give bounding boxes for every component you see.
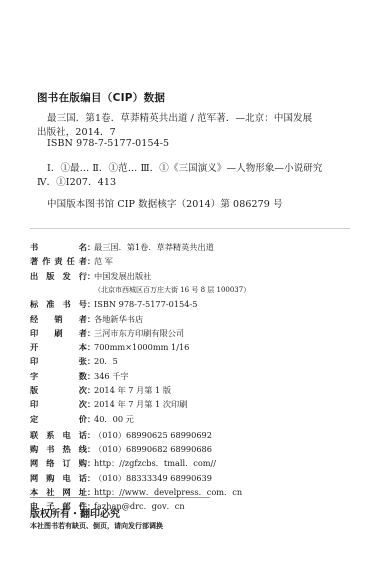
field-value: 20．5 xyxy=(94,355,118,367)
field-value: 2014 年 7 月第 1 次印刷 xyxy=(94,398,187,410)
label-char: 出 xyxy=(30,270,38,282)
field-value: 最三国．第1卷．草莽精英共出道 xyxy=(94,241,214,253)
field-label: 联系电话 xyxy=(30,429,87,441)
label-char: 系 xyxy=(46,429,54,441)
cip-publisher-line: 出版社，2014．7 xyxy=(37,124,116,138)
label-char: 作 xyxy=(42,255,50,267)
field-value: 三河市东方印刷有限公司 xyxy=(94,327,184,339)
label-char: 次 xyxy=(79,384,87,396)
field-value: 40．00 元 xyxy=(94,413,134,425)
label-char: 定 xyxy=(30,413,38,425)
label-char: 社 xyxy=(46,486,54,498)
label-colon: ： xyxy=(87,241,94,253)
field-label: 网络订购 xyxy=(30,457,87,469)
field-label: 字数 xyxy=(30,370,87,382)
label-colon: ： xyxy=(87,313,94,325)
label-char: 著 xyxy=(30,255,38,267)
label-char: 书 xyxy=(46,443,54,455)
field-value: （010）68990682 68990686 xyxy=(94,443,212,455)
label-char: 话 xyxy=(79,472,87,484)
cip-classification-2: Ⅳ．①I207．413 xyxy=(37,174,116,188)
field-label: 著作责任者 xyxy=(30,255,87,267)
label-char: 行 xyxy=(79,270,87,282)
label-colon: ： xyxy=(87,486,94,498)
cip-heading: 图书在版编目（CIP）数据 xyxy=(37,90,165,105)
info-row: 开本：700mm×1000mm 1/16 xyxy=(30,341,189,353)
label-char: 标 xyxy=(30,298,38,310)
contact-row: 联系电话：（010）68990625 68990692 xyxy=(30,429,212,441)
info-row: 定价：40．00 元 xyxy=(30,413,134,425)
cip-isbn: ISBN 978-7-5177-0154-5 xyxy=(47,138,169,149)
label-colon: ： xyxy=(87,472,94,484)
field-value: http：//www．develpress．com．cn xyxy=(94,486,242,498)
field-label: 书名 xyxy=(30,241,87,253)
label-char: 购 xyxy=(46,472,54,484)
contact-row: 购书热线：（010）68990682 68990686 xyxy=(30,443,212,455)
label-char: 书 xyxy=(30,241,38,253)
copyright-notice: 版权所有・翻印必究 xyxy=(30,505,120,520)
label-colon: ： xyxy=(87,327,94,339)
label-char: 联 xyxy=(30,429,38,441)
label-colon: ： xyxy=(87,298,94,310)
info-row: 标准书号：ISBN 978-7-5177-0154-5 xyxy=(30,298,197,310)
label-char: 书 xyxy=(63,298,71,310)
label-char: 任 xyxy=(67,255,75,267)
field-label: 印次 xyxy=(30,398,87,410)
label-char: 电 xyxy=(63,429,71,441)
cip-classification-1: Ⅰ．①最… Ⅱ．①范… Ⅲ．①《三国演义》—人物形象—小说研究 xyxy=(47,160,323,174)
field-label: 开本 xyxy=(30,341,87,353)
label-char: 网 xyxy=(30,472,38,484)
label-colon: ： xyxy=(87,341,94,353)
label-char: 订 xyxy=(63,457,71,469)
label-char: 责 xyxy=(54,255,62,267)
label-char: 价 xyxy=(79,413,87,425)
label-char: 号 xyxy=(79,298,87,310)
field-label: 版次 xyxy=(30,384,87,396)
info-row: 印刷者：三河市东方印刷有限公司 xyxy=(30,327,184,339)
field-value: 范 军 xyxy=(94,255,113,267)
label-colon: ： xyxy=(87,429,94,441)
field-value: ISBN 978-7-5177-0154-5 xyxy=(94,298,197,310)
contact-row: 网络订购：http：//zgfzcbs．tmall．com// xyxy=(30,457,216,469)
label-char: 网 xyxy=(30,457,38,469)
cip-number: 中国版本图书馆 CIP 数据核字（2014）第 086279 号 xyxy=(47,196,283,210)
field-value: 中国发展出版社 xyxy=(94,270,151,282)
field-label: 本社网址 xyxy=(30,486,87,498)
label-char: 名 xyxy=(79,241,87,253)
field-label: 出版发行 xyxy=(30,270,87,282)
label-colon: ： xyxy=(87,255,94,267)
field-value: 各地新华书店 xyxy=(94,313,143,325)
top-divider xyxy=(30,228,350,229)
bottom-divider xyxy=(30,497,210,498)
label-char: 者 xyxy=(79,327,87,339)
replacement-note: 本社图书若有缺页、倒页，请向发行部调换 xyxy=(30,521,163,531)
label-char: 热 xyxy=(63,443,71,455)
label-char: 购 xyxy=(30,443,38,455)
label-char: 销 xyxy=(54,313,62,325)
info-row: 出版发行：中国发展出版社 xyxy=(30,270,151,282)
label-char: 印 xyxy=(30,327,38,339)
label-char: 张 xyxy=(79,355,87,367)
field-value: （010）88333349 68990639 xyxy=(94,472,212,484)
field-label: 定价 xyxy=(30,413,87,425)
cip-title-line: 最三国．第1卷．草莽精英共出道 / 范军著．—北京：中国发展 xyxy=(47,110,312,124)
info-row: 印张：20．5 xyxy=(30,355,118,367)
label-char: 发 xyxy=(63,270,71,282)
label-char: 开 xyxy=(30,341,38,353)
label-colon: ： xyxy=(87,270,94,282)
label-char: 者 xyxy=(79,255,87,267)
field-value: http：//zgfzcbs．tmall．com// xyxy=(94,457,216,469)
label-char: 版 xyxy=(46,270,54,282)
field-label: 印张 xyxy=(30,355,87,367)
field-label: 购书热线 xyxy=(30,443,87,455)
label-char: 次 xyxy=(79,398,87,410)
label-char: 络 xyxy=(46,457,54,469)
label-char: 线 xyxy=(79,443,87,455)
label-char: 网 xyxy=(63,486,71,498)
field-label: 经销者 xyxy=(30,313,87,325)
label-char: 址 xyxy=(79,486,87,498)
label-colon: ： xyxy=(87,443,94,455)
label-colon: ： xyxy=(87,370,94,382)
label-char: 本 xyxy=(30,486,38,498)
label-char: 话 xyxy=(79,429,87,441)
info-row: 著作责任者：范 军 xyxy=(30,255,113,267)
info-row: 印次：2014 年 7 月第 1 次印刷 xyxy=(30,398,187,410)
info-row: 经销者：各地新华书店 xyxy=(30,313,143,325)
label-char: 经 xyxy=(30,313,38,325)
label-char: 版 xyxy=(30,384,38,396)
label-colon: ： xyxy=(87,398,94,410)
field-value: 346 千字 xyxy=(94,370,129,382)
label-char: 本 xyxy=(79,341,87,353)
address-line: （北京市西城区百万庄大街 16 号 8 层 100037） xyxy=(94,285,250,295)
label-char: 者 xyxy=(79,313,87,325)
contact-row: 网购电话：（010）88333349 68990639 xyxy=(30,472,212,484)
contact-row: 本社网址：http：//www．develpress．com．cn xyxy=(30,486,242,498)
label-colon: ： xyxy=(87,413,94,425)
field-value: （010）68990625 68990692 xyxy=(94,429,212,441)
label-char: 印 xyxy=(30,398,38,410)
label-colon: ： xyxy=(87,355,94,367)
label-colon: ： xyxy=(87,457,94,469)
label-colon: ： xyxy=(87,384,94,396)
field-value: 2014 年 7 月第 1 版 xyxy=(94,384,171,396)
info-row: 字数：346 千字 xyxy=(30,370,129,382)
label-char: 电 xyxy=(63,472,71,484)
label-char: 字 xyxy=(30,370,38,382)
label-char: 购 xyxy=(79,457,87,469)
label-char: 印 xyxy=(30,355,38,367)
field-label: 印刷者 xyxy=(30,327,87,339)
label-char: 数 xyxy=(79,370,87,382)
label-char: 准 xyxy=(46,298,54,310)
field-label: 网购电话 xyxy=(30,472,87,484)
field-value: 700mm×1000mm 1/16 xyxy=(94,341,189,353)
field-label: 标准书号 xyxy=(30,298,87,310)
info-row: 版次：2014 年 7 月第 1 版 xyxy=(30,384,171,396)
info-row: 书名：最三国．第1卷．草莽精英共出道 xyxy=(30,241,214,253)
label-char: 刷 xyxy=(54,327,62,339)
